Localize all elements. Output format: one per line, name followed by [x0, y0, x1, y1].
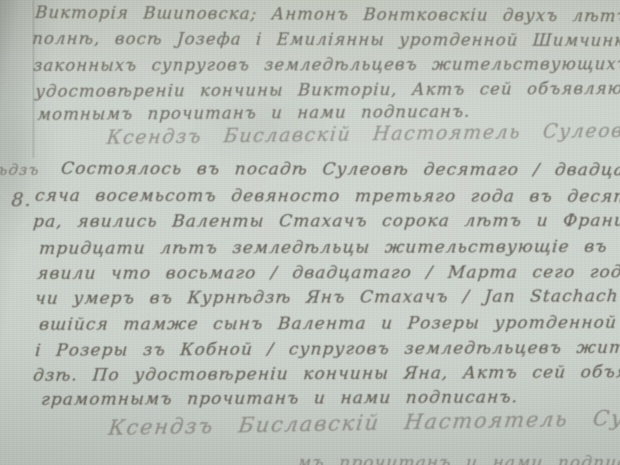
cutoff-line-fragment: мъ прочитанъ и нами подписа: [296, 453, 620, 465]
handwriting-line: Состоялось въ посадѣ Сулеовѣ десятаго / …: [60, 159, 620, 181]
margin-place-note: нѣдзъ: [0, 161, 40, 179]
handwriting-line: грамотнымъ прочитанъ и нами подписанъ.: [40, 388, 519, 411]
handwriting-line: і Розеры зъ Кобной / супруговъ земледѣль…: [34, 336, 620, 361]
handwriting-line: Викторія Вшиповска; Антонъ Вонтковскіи д…: [35, 3, 620, 26]
handwriting-line: чи умеръ въ Курнѣдзѣ Янъ Стахачъ / Jan S…: [34, 285, 620, 309]
handwriting-line: мотнымъ прочитанъ и нами подписанъ.: [37, 102, 471, 124]
handwriting-line: законныхъ супруговъ земледѣльцевъ житель…: [33, 54, 620, 75]
margin-record-number: 8.: [11, 189, 32, 211]
handwriting-line: вшійся тамже сынъ Валента и Розеры уротд…: [38, 312, 620, 335]
handwriting-line: дзѣ. По удостовѣреніи кончины Яна, Актъ …: [32, 361, 620, 386]
handwriting-line: тридцати лѣтъ земледѣльцы жительствующіе…: [38, 236, 620, 259]
handwriting-line: удостовѣреніи кончины Викторіи, Актъ сей…: [35, 78, 620, 101]
handwriting-line: явили что восьмаго / двадцатаго / Марта …: [36, 262, 620, 284]
margin-crease-line: [33, 0, 34, 158]
document-photo: Викторія Вшиповска; Антонъ Вонтковскіи д…: [0, 0, 620, 465]
handwriting-line: сяча восемьсотъ девяносто третьяго года …: [34, 186, 620, 207]
handwriting-line: ра, явились Валенты Стахачъ сорока лѣтъ …: [32, 211, 620, 232]
handwriting-line: полнѣ, восѣ Јозефа і Емиліянны уротденно…: [32, 29, 620, 51]
